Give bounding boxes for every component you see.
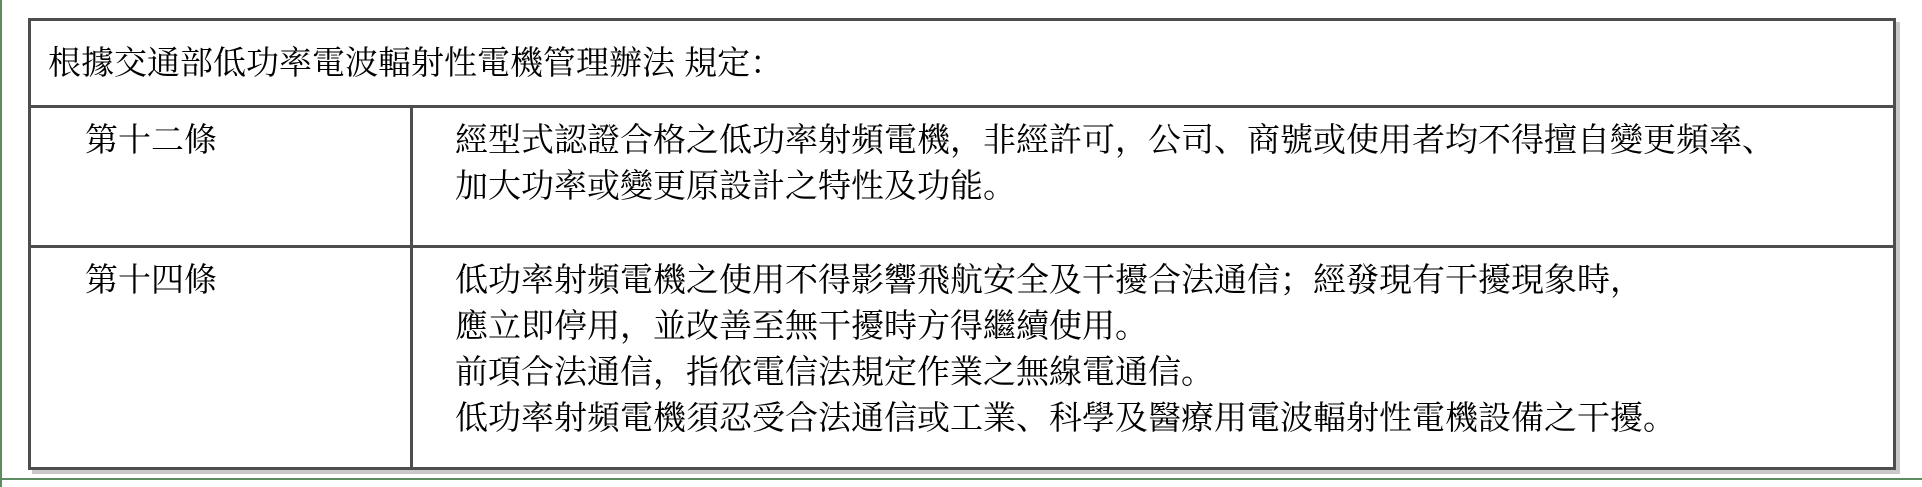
article-14-text-line-4: 低功率射頻電機須忍受合法通信或工業、科學及醫療用電波輻射性電機設備之干擾。 [455,395,1883,441]
frame-left-edge [0,0,2,487]
article-14-text-line-3: 前項合法通信，指依電信法規定作業之無線電通信。 [455,349,1883,395]
regulation-notice-page: 根據交通部低功率電波輻射性電機管理辦法 規定： 第十二條 經型式認證合格之低功率… [0,0,1922,487]
article-14-text-line-2: 應立即停用，並改善至無干擾時方得繼續使用。 [455,303,1883,349]
frame-bottom-edge [0,478,1922,480]
table-header-row: 根據交通部低功率電波輻射性電機管理辦法 規定： [31,21,1893,108]
article-14-label: 第十四條 [85,261,217,298]
article-14-text-line-1: 低功率射頻電機之使用不得影響飛航安全及干擾合法通信；經發現有干擾現象時， [455,257,1883,303]
table-row-article-12: 第十二條 經型式認證合格之低功率射頻電機，非經許可，公司、商號或使用者均不得擅自… [31,108,1893,248]
article-12-number-cell: 第十二條 [31,108,413,245]
article-12-content-cell: 經型式認證合格之低功率射頻電機，非經許可，公司、商號或使用者均不得擅自變更頻率、… [413,108,1893,245]
article-12-label: 第十二條 [85,121,217,158]
article-14-number-cell: 第十四條 [31,248,413,467]
regulation-table: 根據交通部低功率電波輻射性電機管理辦法 規定： 第十二條 經型式認證合格之低功率… [28,18,1896,470]
article-12-text-line-1: 經型式認證合格之低功率射頻電機，非經許可，公司、商號或使用者均不得擅自變更頻率、 [455,117,1883,163]
article-12-text-line-2: 加大功率或變更原設計之特性及功能。 [455,163,1883,209]
table-row-article-14: 第十四條 低功率射頻電機之使用不得影響飛航安全及干擾合法通信；經發現有干擾現象時… [31,248,1893,467]
regulation-title: 根據交通部低功率電波輻射性電機管理辦法 規定： [48,40,783,86]
article-14-content-cell: 低功率射頻電機之使用不得影響飛航安全及干擾合法通信；經發現有干擾現象時， 應立即… [413,248,1893,467]
